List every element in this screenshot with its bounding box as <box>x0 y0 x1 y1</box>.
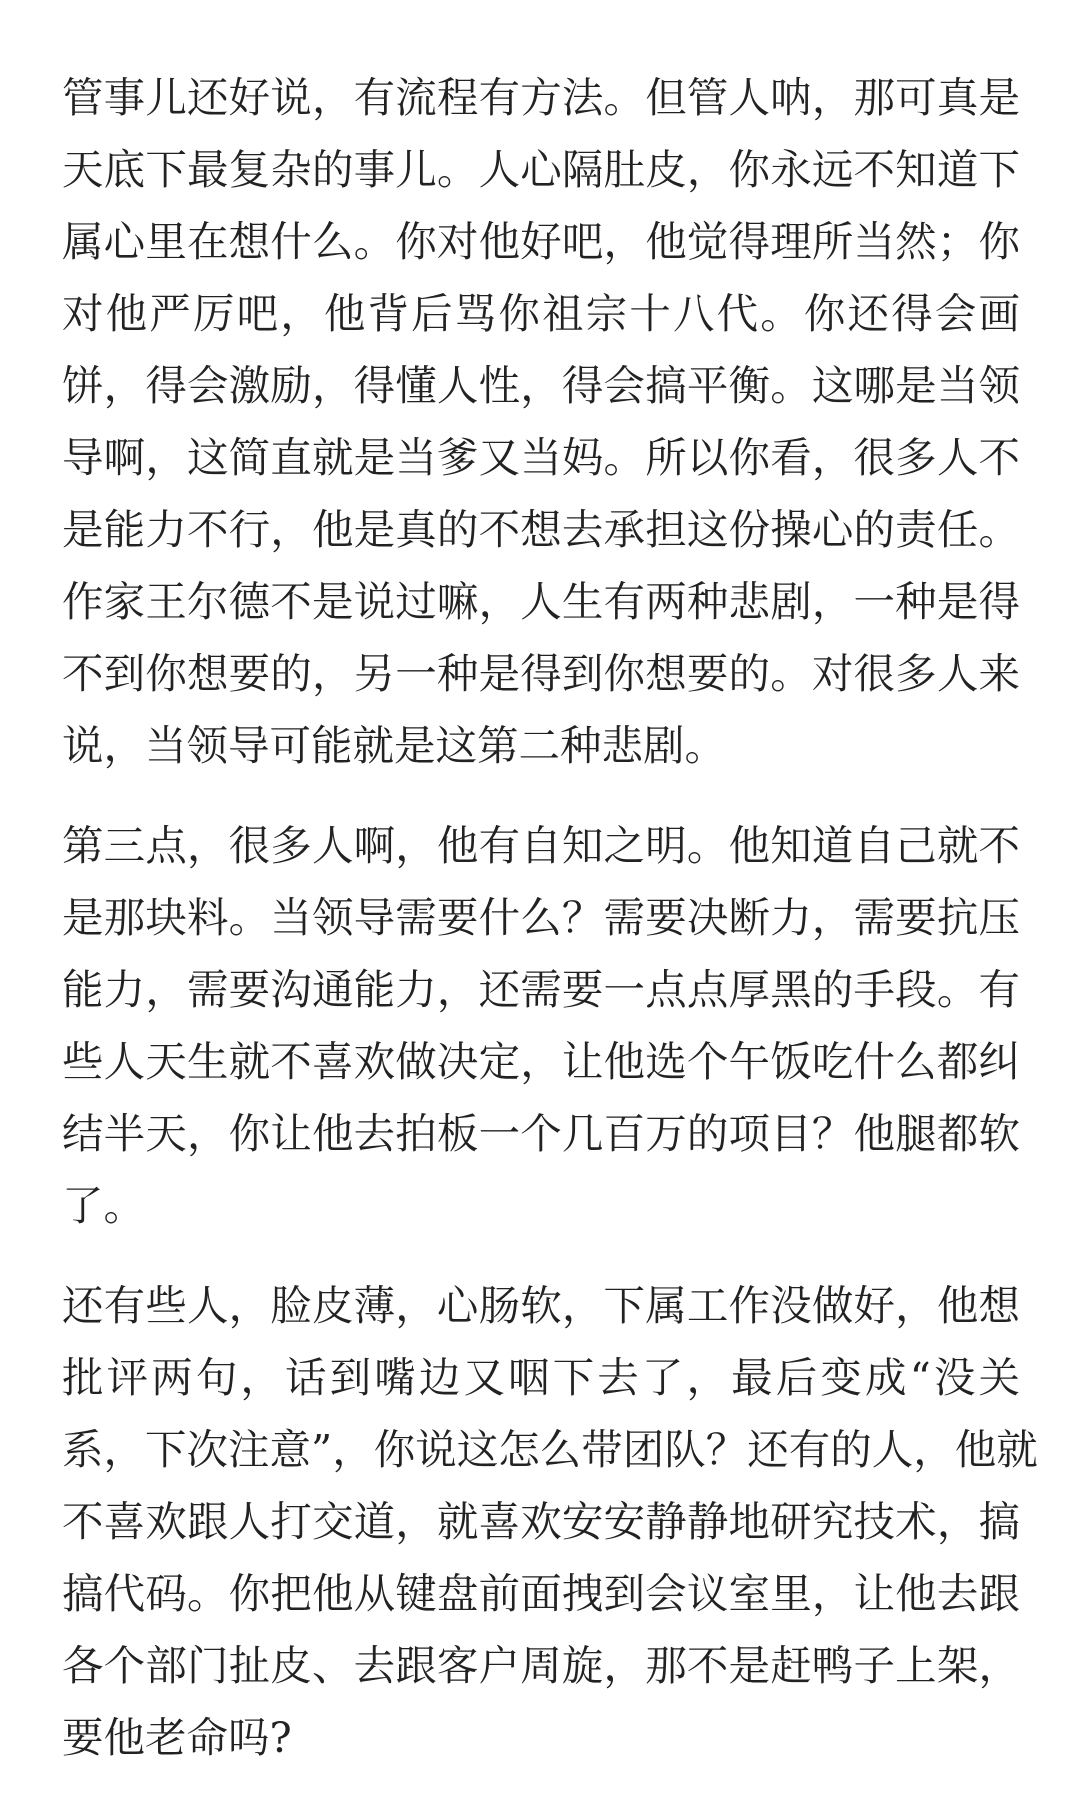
text-line: 属心里在想什么。你对他好吧，他觉得理所当然；你 <box>62 206 1020 278</box>
text-line: 系，下次注意”，你说这怎么带团队？还有的人，他就 <box>62 1414 1020 1486</box>
text-line: 是能力不行，他是真的不想去承担这份操心的责任。 <box>62 494 1020 566</box>
text-line: 导啊，这简直就是当爹又当妈。所以你看，很多人不 <box>62 422 1020 494</box>
text-line: 天底下最复杂的事儿。人心隔肚皮，你永远不知道下 <box>62 134 1020 206</box>
text-line: 是那块料。当领导需要什么？需要决断力，需要抗压 <box>62 882 1020 954</box>
text-line: 批评两句，话到嘴边又咽下去了，最后变成“没关 <box>62 1342 1020 1414</box>
text-line: 不到你想要的，另一种是得到你想要的。对很多人来 <box>62 638 1020 710</box>
paragraph-3: 还有些人，脸皮薄，心肠软，下属工作没做好，他想 批评两句，话到嘴边又咽下去了，最… <box>62 1270 1020 1774</box>
text-line: 不喜欢跟人打交道，就喜欢安安静静地研究技术，搞 <box>62 1486 1020 1558</box>
text-line: 作家王尔德不是说过嘛，人生有两种悲剧，一种是得 <box>62 566 1020 638</box>
text-line: 要他老命吗? <box>62 1702 1020 1774</box>
paragraph-1: 管事儿还好说，有流程有方法。但管人呐，那可真是 天底下最复杂的事儿。人心隔肚皮，… <box>62 62 1020 782</box>
text-line: 些人天生就不喜欢做决定，让他选个午饭吃什么都纠 <box>62 1026 1020 1098</box>
article-body: 管事儿还好说，有流程有方法。但管人呐，那可真是 天底下最复杂的事儿。人心隔肚皮，… <box>62 62 1020 1800</box>
text-line: 结半天，你让他去拍板一个几百万的项目？他腿都软 <box>62 1098 1020 1170</box>
text-line: 第三点，很多人啊，他有自知之明。他知道自己就不 <box>62 810 1020 882</box>
text-line: 能力，需要沟通能力，还需要一点点厚黑的手段。有 <box>62 954 1020 1026</box>
text-line: 还有些人，脸皮薄，心肠软，下属工作没做好，他想 <box>62 1270 1020 1342</box>
text-line: 了。 <box>62 1170 1020 1242</box>
paragraph-2: 第三点，很多人啊，他有自知之明。他知道自己就不 是那块料。当领导需要什么？需要决… <box>62 810 1020 1242</box>
text-line: 各个部门扯皮、去跟客户周旋，那不是赶鸭子上架， <box>62 1630 1020 1702</box>
text-line: 管事儿还好说，有流程有方法。但管人呐，那可真是 <box>62 62 1020 134</box>
text-line: 饼，得会激励，得懂人性，得会搞平衡。这哪是当领 <box>62 350 1020 422</box>
text-line: 说，当领导可能就是这第二种悲剧。 <box>62 710 1020 782</box>
text-line: 搞代码。你把他从键盘前面拽到会议室里，让他去跟 <box>62 1558 1020 1630</box>
text-line: 对他严厉吧，他背后骂你祖宗十八代。你还得会画 <box>62 278 1020 350</box>
